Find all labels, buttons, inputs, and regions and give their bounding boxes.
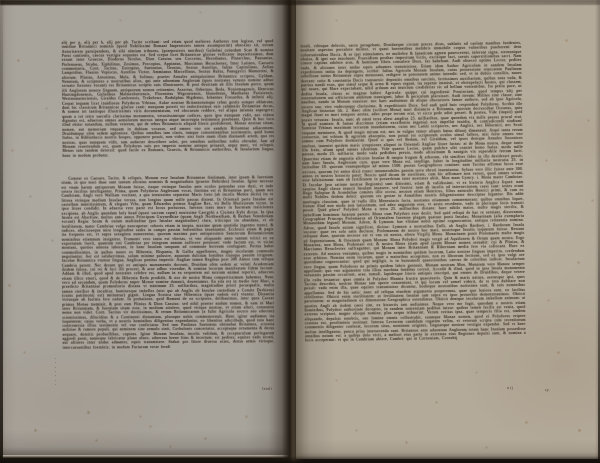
book-gutter <box>268 0 304 463</box>
right-page-catchword: cy. <box>545 388 550 392</box>
left-paragraph-1-text: alij per p, alij per b, alij per ph. Tac… <box>61 39 274 158</box>
margin-quote-mark: - <box>55 383 60 387</box>
right-page-body: ferali, cibisque delectis, sacra perageb… <box>300 41 526 389</box>
photo-left-edge <box>0 0 3 463</box>
photo-top-edge <box>0 0 600 5</box>
book-photo: alij per p, alij per b, alij per ph. Tac… <box>0 0 600 463</box>
photo-bottom-edge <box>0 456 600 463</box>
left-page-paragraph-2: Constat ex Caesare, Tacito, & reliquis, … <box>61 175 275 392</box>
left-page-paragraph-1: alij per p, alij per b, alij per ph. Tac… <box>61 39 274 177</box>
left-paragraph-2-text: Constat ex Caesare, Tacito, & reliquis, … <box>61 175 274 350</box>
signature-mark: a ij <box>500 386 520 391</box>
margin-quote-marks: - - - - - - - <box>55 357 60 387</box>
right-page-body-text: ferali, cibisque delectis, sacra perageb… <box>300 41 526 343</box>
